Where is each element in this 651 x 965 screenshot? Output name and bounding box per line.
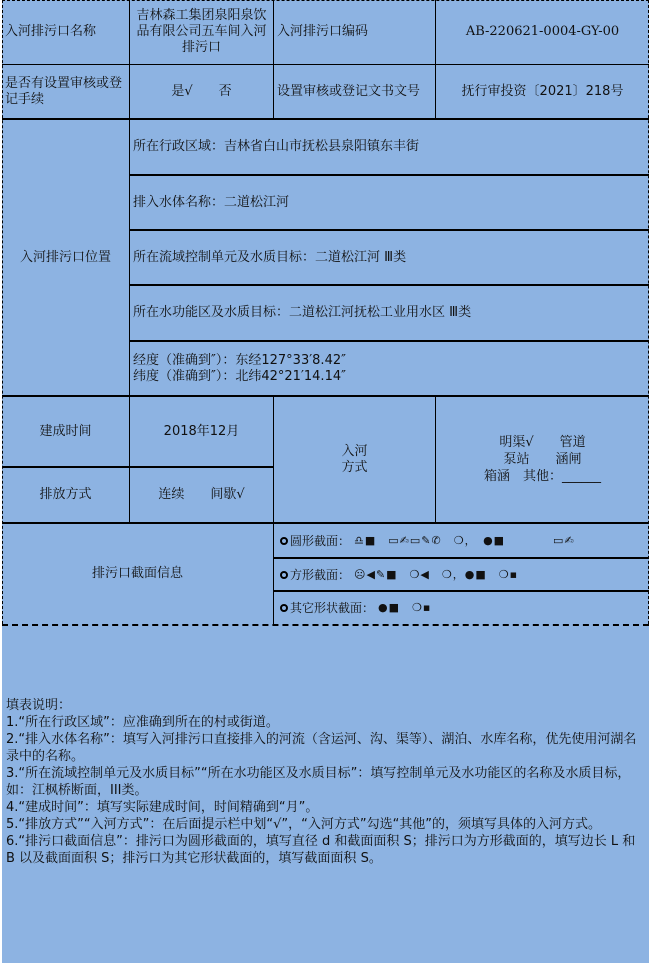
garbled-symbols-icon: ☹◀✎■ ❍◀ ❍，●■ ❍▪ [354, 567, 518, 583]
entry-options-line3: 箱涵 其他：______ [484, 468, 601, 485]
outfall-code-value: AB-220621-0004-GY-00 [435, 0, 649, 64]
latitude: 纬度（准确到″）：北纬42°21′14.14″ [133, 369, 346, 385]
section-circular-label: 圆形截面： [290, 533, 350, 549]
discharge-mode-value: 连续 间歇√ [129, 466, 273, 522]
table-border-left [2, 0, 3, 624]
water-function-zone: 所在水功能区及水质目标：二道松江河抚松工业用水区 Ⅲ类 [129, 284, 649, 340]
section-square-label: 方形截面： [290, 567, 350, 583]
table-border-bottom [2, 624, 649, 626]
entry-options-line2: 泵站 涵闸 [503, 451, 581, 468]
section-square-row: 方形截面： ☹◀✎■ ❍◀ ❍，●■ ❍▪ [273, 557, 649, 590]
build-time-value: 2018年12月 [129, 395, 273, 466]
circle-bullet-icon [280, 571, 288, 579]
entry-mode-label-line1: 入河 [341, 444, 367, 460]
circle-bullet-icon [280, 537, 288, 545]
garbled-symbols-icon: ●■ ❍▪ [378, 600, 431, 616]
approval-doc-value: 抚行审投资〔2021〕218号 [435, 64, 649, 118]
outfall-code-label: 入河排污口编码 [273, 0, 435, 64]
circle-bullet-icon [280, 604, 288, 612]
entry-mode-label-line2: 方式 [341, 460, 367, 476]
instruction-item: 5.“排放方式”“入河方式”：在后面提示栏中划“√”，“入河方式”勾选“其他”的… [6, 816, 646, 833]
section-circular-row: 圆形截面： ♎■ ▭✍▭✎✆ ❍， ●■ ▭✍ [273, 522, 649, 557]
outfall-registration-form: 入河排污口名称 吉林森工集团泉阳泉饮品有限公司五车间入河排污口 入河排污口编码 … [2, 0, 649, 963]
build-time-label: 建成时间 [2, 395, 129, 466]
filling-instructions: 填表说明： 1.“所在行政区域”：应准确到所在的村或街道。 2.“排入水体名称”… [6, 697, 646, 867]
section-other-label: 其它形状截面： [290, 600, 374, 616]
instruction-item: 1.“所在行政区域”：应准确到所在的村或街道。 [6, 714, 646, 731]
longitude: 经度（准确到″）：东经127°33′8.42″ [133, 353, 346, 369]
table-border-top [2, 0, 649, 1]
table-border-right [648, 0, 649, 624]
discharge-mode-label: 排放方式 [2, 466, 129, 522]
approval-label: 是否有设置审核或登记手续 [2, 64, 129, 118]
admin-region: 所在行政区域：吉林省白山市抚松县泉阳镇东丰街 [129, 118, 649, 174]
section-other-row: 其它形状截面： ●■ ❍▪ [273, 590, 649, 624]
entry-options-line1: 明渠√ 管道 [499, 434, 585, 451]
instruction-item: 6.“排污口截面信息”：排污口为圆形截面的，填写直径 d 和截面面积 S；排污口… [6, 833, 646, 867]
location-label: 入河排污口位置 [2, 118, 129, 395]
basin-control-unit: 所在流域控制单元及水质目标：二道松江河 Ⅲ类 [129, 229, 649, 284]
approval-value: 是√ 否 [129, 64, 273, 118]
section-info-label: 排污口截面信息 [2, 522, 273, 624]
entry-mode-options: 明渠√ 管道 泵站 涵闸 箱涵 其他：______ [435, 395, 649, 522]
approval-doc-label: 设置审核或登记文书文号 [273, 64, 435, 118]
garbled-symbols-icon: ♎■ ▭✍▭✎✆ ❍， ●■ ▭✍ [354, 533, 575, 549]
receiving-water-body: 排入水体名称：二道松江河 [129, 174, 649, 229]
instruction-item: 4.“建成时间”：填写实际建成时间，时间精确到“月”。 [6, 799, 646, 816]
outfall-name-label: 入河排污口名称 [2, 0, 129, 64]
outfall-name-value: 吉林森工集团泉阳泉饮品有限公司五车间入河排污口 [129, 0, 273, 64]
coordinates: 经度（准确到″）：东经127°33′8.42″ 纬度（准确到″）：北纬42°21… [129, 340, 649, 395]
instruction-item: 2.“排入水体名称”：填写入河排污口直接排入的河流（含运河、沟、渠等）、湖泊、水… [6, 731, 646, 765]
instruction-item: 3.“所在流域控制单元及水质目标”“所在水功能区及水质目标”：填写控制单元及水功… [6, 765, 646, 799]
entry-mode-label: 入河 方式 [273, 395, 435, 522]
instructions-title: 填表说明： [6, 697, 646, 714]
